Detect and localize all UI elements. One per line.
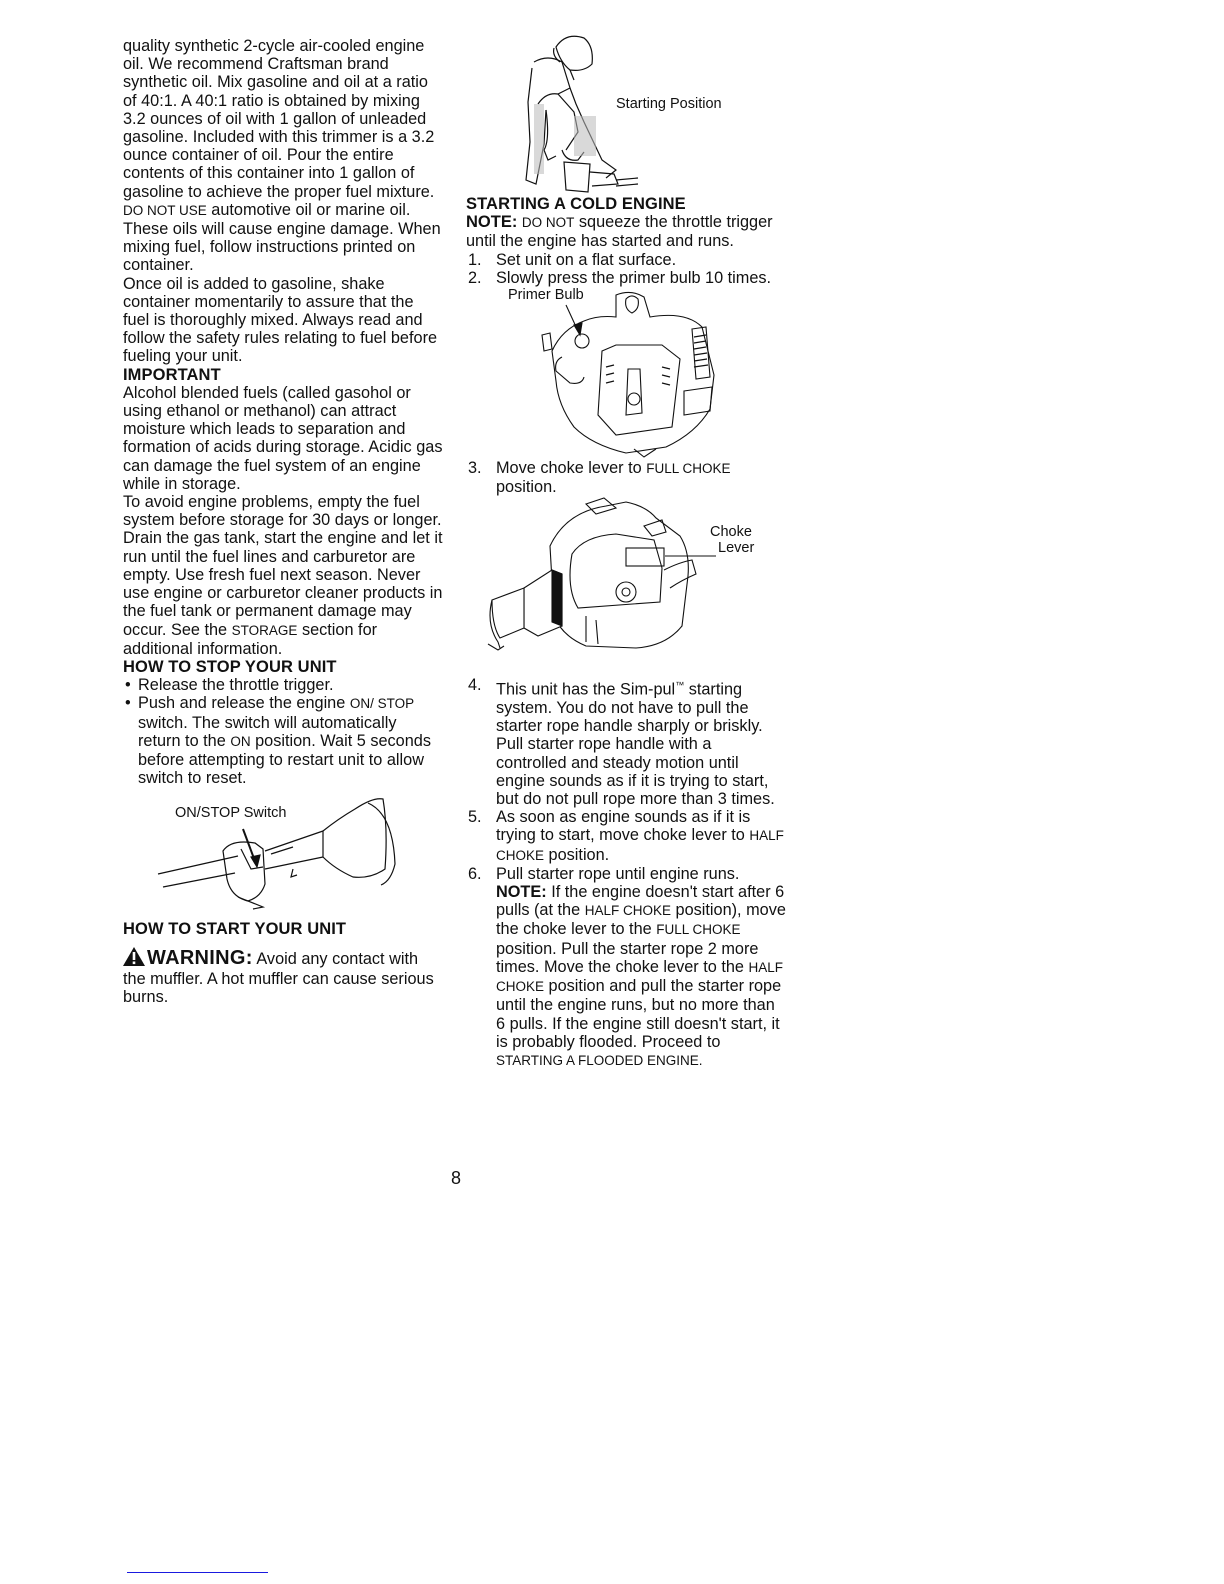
list-item: 5.As soon as engine sounds as if it is t… (466, 808, 786, 865)
do-not-use-text: DO NOT USE (123, 203, 207, 218)
primer-bulb-figure: Primer Bulb (466, 287, 786, 459)
figure-caption: Lever (718, 540, 754, 556)
warning-label: WARNING: (147, 947, 253, 969)
important-heading: IMPORTANT (123, 366, 443, 384)
engine-primer-illustration (466, 287, 786, 459)
stop-unit-list: Release the throttle trigger. Push and r… (123, 676, 443, 787)
list-item: 2.Slowly press the primer bulb 10 times. (466, 269, 786, 287)
trademark-symbol: ™ (675, 680, 684, 690)
stop-unit-heading: HOW TO STOP YOUR UNIT (123, 658, 443, 676)
operator-starting-position-illustration (466, 32, 786, 195)
muffler-warning: WARNING: Avoid any contact with the muff… (123, 947, 443, 1007)
left-column: quality synthetic 2-cycle air-cooled eng… (123, 37, 443, 1006)
alcohol-fuels-paragraph: Alcohol blended fuels (called gasohol or… (123, 384, 443, 493)
cold-engine-heading: STARTING A COLD ENGINE (466, 195, 786, 213)
page-number: 8 (451, 1168, 461, 1189)
storage-reference: STORAGE (232, 623, 298, 638)
figure-caption: ON/STOP Switch (175, 805, 286, 821)
list-item: 1.Set unit on a flat surface. (466, 251, 786, 269)
list-item: Push and release the engine ON/ STOP swi… (123, 694, 443, 787)
list-item: 3.Move choke lever to FULL CHOKE positio… (466, 459, 786, 496)
right-column: Starting Position STARTING A COLD ENGINE… (466, 37, 786, 1070)
note-label: NOTE: (466, 213, 517, 231)
footer-rule (127, 1572, 268, 1573)
cold-start-steps-cont: 3.Move choke lever to FULL CHOKE positio… (466, 459, 786, 496)
engine-choke-illustration (466, 496, 786, 656)
warning-triangle-icon (123, 947, 145, 970)
list-item: Release the throttle trigger. (123, 676, 443, 694)
figure-caption: Choke (710, 524, 752, 540)
cold-start-steps-final: 4.This unit has the Sim-pul™ starting sy… (466, 676, 786, 1070)
cold-start-steps: 1.Set unit on a flat surface. 2.Slowly p… (466, 251, 786, 287)
on-stop-switch-figure: ON/STOP Switch (123, 789, 443, 924)
shake-paragraph: Once oil is added to gasoline, shake con… (123, 275, 443, 366)
figure-caption: Primer Bulb (508, 287, 584, 303)
list-item: 6.Pull starter rope until engine runs. N… (466, 865, 786, 1070)
list-item: 4.This unit has the Sim-pul™ starting sy… (466, 676, 786, 808)
storage-paragraph: To avoid engine problems, empty the fuel… (123, 493, 443, 658)
figure-caption: Starting Position (616, 96, 722, 112)
starting-position-figure: Starting Position (466, 32, 786, 195)
cold-engine-note: NOTE: DO NOT squeeze the throttle trigge… (466, 213, 786, 250)
choke-lever-figure: Choke Lever (466, 496, 786, 656)
note-label: NOTE: (496, 883, 547, 901)
fuel-mix-paragraph: quality synthetic 2-cycle air-cooled eng… (123, 37, 443, 275)
